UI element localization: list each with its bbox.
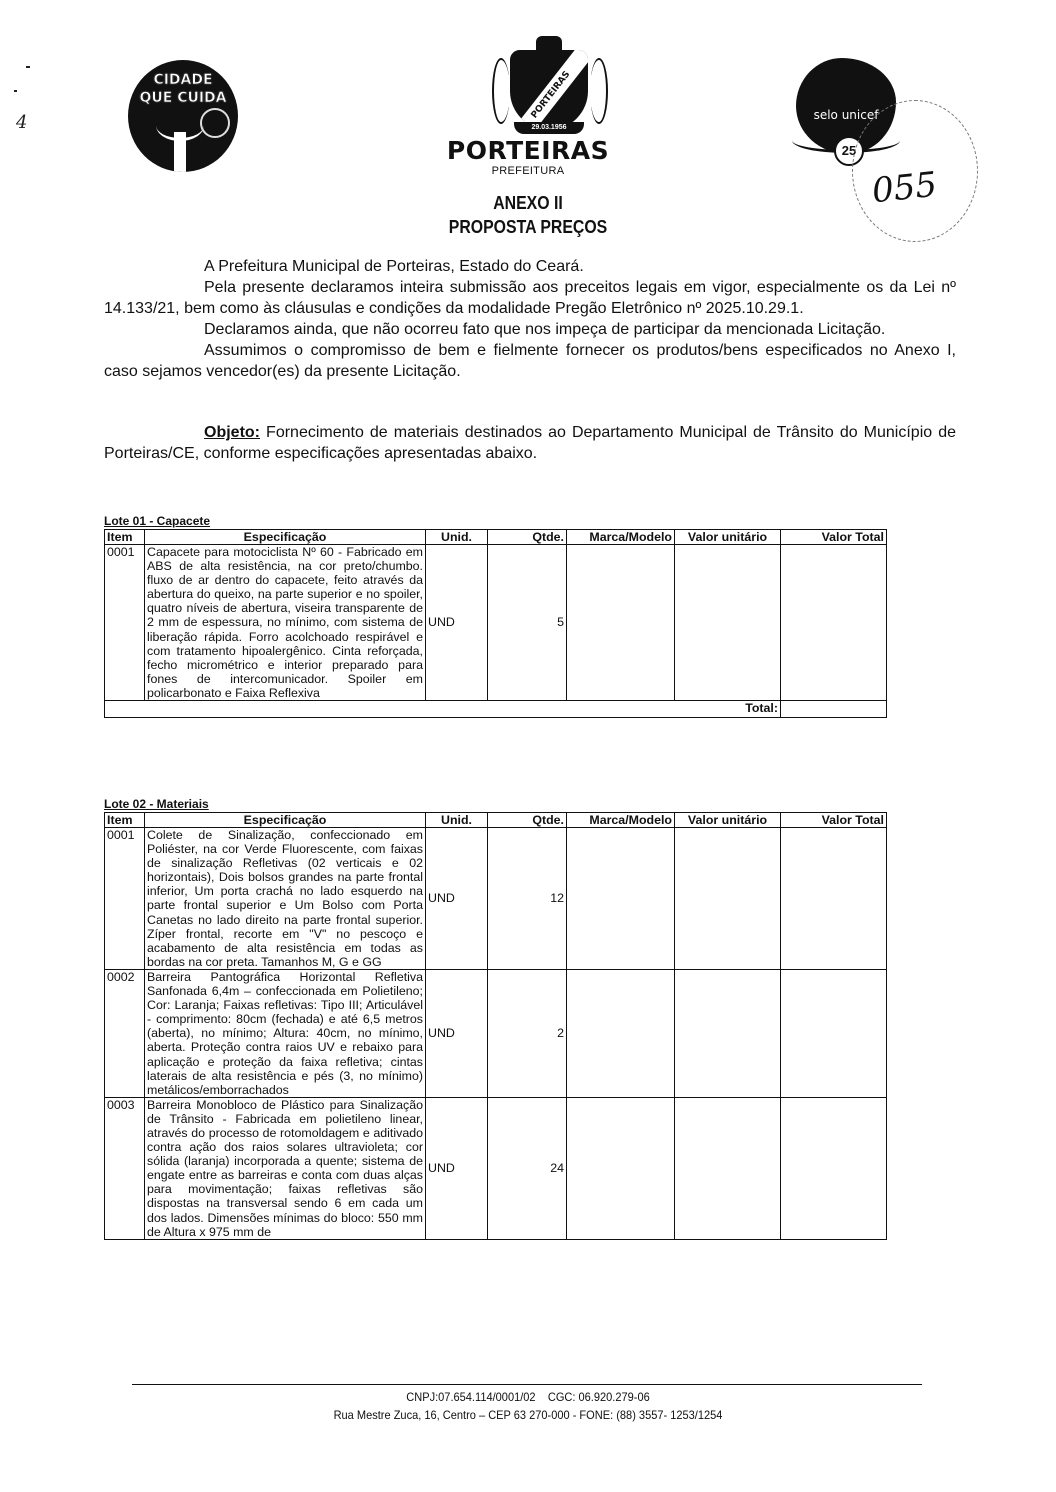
item-unit-price[interactable] xyxy=(675,1097,781,1239)
item-total-price[interactable] xyxy=(781,545,887,701)
table-row: 0001 Capacete para motociclista Nº 60 - … xyxy=(105,545,887,701)
total-label: Total: xyxy=(675,701,781,718)
crest-band-text: PORTEIRAS xyxy=(510,50,588,130)
item-brand[interactable] xyxy=(567,828,675,970)
declaration-line1: Pela presente declaramos inteira submiss… xyxy=(104,277,956,298)
crest-ribbon: 29.03.1956 xyxy=(514,122,584,134)
item-code: 0001 xyxy=(105,828,145,970)
col-unit-price: Valor unitário xyxy=(675,813,781,828)
declaration-line2: 14.133/21, bem como às cláusulas e condi… xyxy=(104,298,956,319)
footer-address: Rua Mestre Zuca, 16, Centro – CEP 63 270… xyxy=(42,1408,1014,1422)
item-code: 0001 xyxy=(105,545,145,701)
table-row: 0003 Barreira Monobloco de Plástico para… xyxy=(105,1097,887,1239)
item-unit: UND xyxy=(426,1097,488,1239)
margin-annotation: 4 xyxy=(16,112,27,133)
objeto-line1: Objeto: Fornecimento de materiais destin… xyxy=(104,422,956,443)
lote-02-title: Lote 02 - Materiais xyxy=(104,797,209,811)
item-brand[interactable] xyxy=(567,1097,675,1239)
logo-text-line1: CIDADE xyxy=(128,72,238,88)
total-row: Total: xyxy=(105,701,887,718)
item-total-price[interactable] xyxy=(781,969,887,1097)
item-unit-price[interactable] xyxy=(675,969,781,1097)
col-unit: Unid. xyxy=(426,530,488,545)
objeto-section: Objeto: Fornecimento de materiais destin… xyxy=(104,422,956,464)
item-code: 0002 xyxy=(105,969,145,1097)
intro-text: A Prefeitura Municipal de Porteiras, Est… xyxy=(104,256,956,382)
logo-seal-icon xyxy=(200,108,230,138)
item-qty: 24 xyxy=(488,1097,567,1239)
col-brand: Marca/Modelo xyxy=(567,813,675,828)
crown-icon xyxy=(536,36,562,50)
item-unit-price[interactable] xyxy=(675,545,781,701)
col-spec: Especificação xyxy=(145,813,426,828)
leaf-left-icon xyxy=(492,58,510,124)
item-spec: Colete de Sinalização, confeccionado em … xyxy=(145,828,426,970)
crest-band: PORTEIRAS xyxy=(510,50,588,130)
table-row: 0002 Barreira Pantográfica Horizontal Re… xyxy=(105,969,887,1097)
item-unit: UND xyxy=(426,828,488,970)
commitment-line2: caso sejamos vencedor(es) da presente Li… xyxy=(104,361,956,382)
footer-registration: CNPJ:07.654.114/0001/02 CGC: 06.920.279-… xyxy=(42,1390,1014,1404)
item-total-price[interactable] xyxy=(781,828,887,970)
table-row: 0001 Colete de Sinalização, confeccionad… xyxy=(105,828,887,970)
footer-divider xyxy=(132,1384,922,1385)
total-spacer xyxy=(105,701,675,718)
item-brand[interactable] xyxy=(567,545,675,701)
scan-mark xyxy=(14,90,17,92)
col-item: Item xyxy=(105,813,145,828)
item-brand[interactable] xyxy=(567,969,675,1097)
item-total-price[interactable] xyxy=(781,1097,887,1239)
col-qty: Qtde. xyxy=(488,530,567,545)
commitment-line1: Assumimos o compromisso de bem e fielmen… xyxy=(104,340,956,361)
lote-01-title: Lote 01 - Capacete xyxy=(104,514,210,528)
logo-text-line2: QUE CUIDA xyxy=(128,90,238,106)
item-unit: UND xyxy=(426,545,488,701)
col-brand: Marca/Modelo xyxy=(567,530,675,545)
table-header-row: Item Especificação Unid. Qtde. Marca/Mod… xyxy=(105,813,887,828)
item-code: 0003 xyxy=(105,1097,145,1239)
col-unit-price: Valor unitário xyxy=(675,530,781,545)
objeto-text: Fornecimento de materiais destinados ao … xyxy=(266,424,956,441)
item-spec: Barreira Monobloco de Plástico para Sina… xyxy=(145,1097,426,1239)
lote-02-table: Item Especificação Unid. Qtde. Marca/Mod… xyxy=(104,812,887,1240)
col-unit: Unid. xyxy=(426,813,488,828)
table-header-row: Item Especificação Unid. Qtde. Marca/Mod… xyxy=(105,530,887,545)
total-value[interactable] xyxy=(781,701,887,718)
item-qty: 12 xyxy=(488,828,567,970)
leaf-right-icon xyxy=(590,58,608,124)
item-qty: 5 xyxy=(488,545,567,701)
item-unit-price[interactable] xyxy=(675,828,781,970)
objeto-label: Objeto: xyxy=(204,424,260,441)
objeto-line2: Porteiras/CE, conforme especificações ap… xyxy=(104,443,956,464)
item-spec: Capacete para motociclista Nº 60 - Fabri… xyxy=(145,545,426,701)
shield-icon: PORTEIRAS xyxy=(510,50,588,130)
lote-01-table: Item Especificação Unid. Qtde. Marca/Mod… xyxy=(104,529,887,718)
item-spec: Barreira Pantográfica Horizontal Refleti… xyxy=(145,969,426,1097)
col-total-price: Valor Total xyxy=(781,813,887,828)
col-item: Item xyxy=(105,530,145,545)
col-spec: Especificação xyxy=(145,530,426,545)
annex-title: ANEXO II xyxy=(63,193,992,214)
item-qty: 2 xyxy=(488,969,567,1097)
porteiras-crest-logo: PORTEIRAS 29.03.1956 xyxy=(488,36,612,136)
item-unit: UND xyxy=(426,969,488,1097)
document-title: PROPOSTA PREÇOS xyxy=(63,217,992,238)
scan-mark xyxy=(26,66,30,68)
declaration-2: Declaramos ainda, que não ocorreu fato q… xyxy=(104,319,956,340)
addressee: A Prefeitura Municipal de Porteiras, Est… xyxy=(104,256,956,277)
col-qty: Qtde. xyxy=(488,813,567,828)
col-total-price: Valor Total xyxy=(781,530,887,545)
